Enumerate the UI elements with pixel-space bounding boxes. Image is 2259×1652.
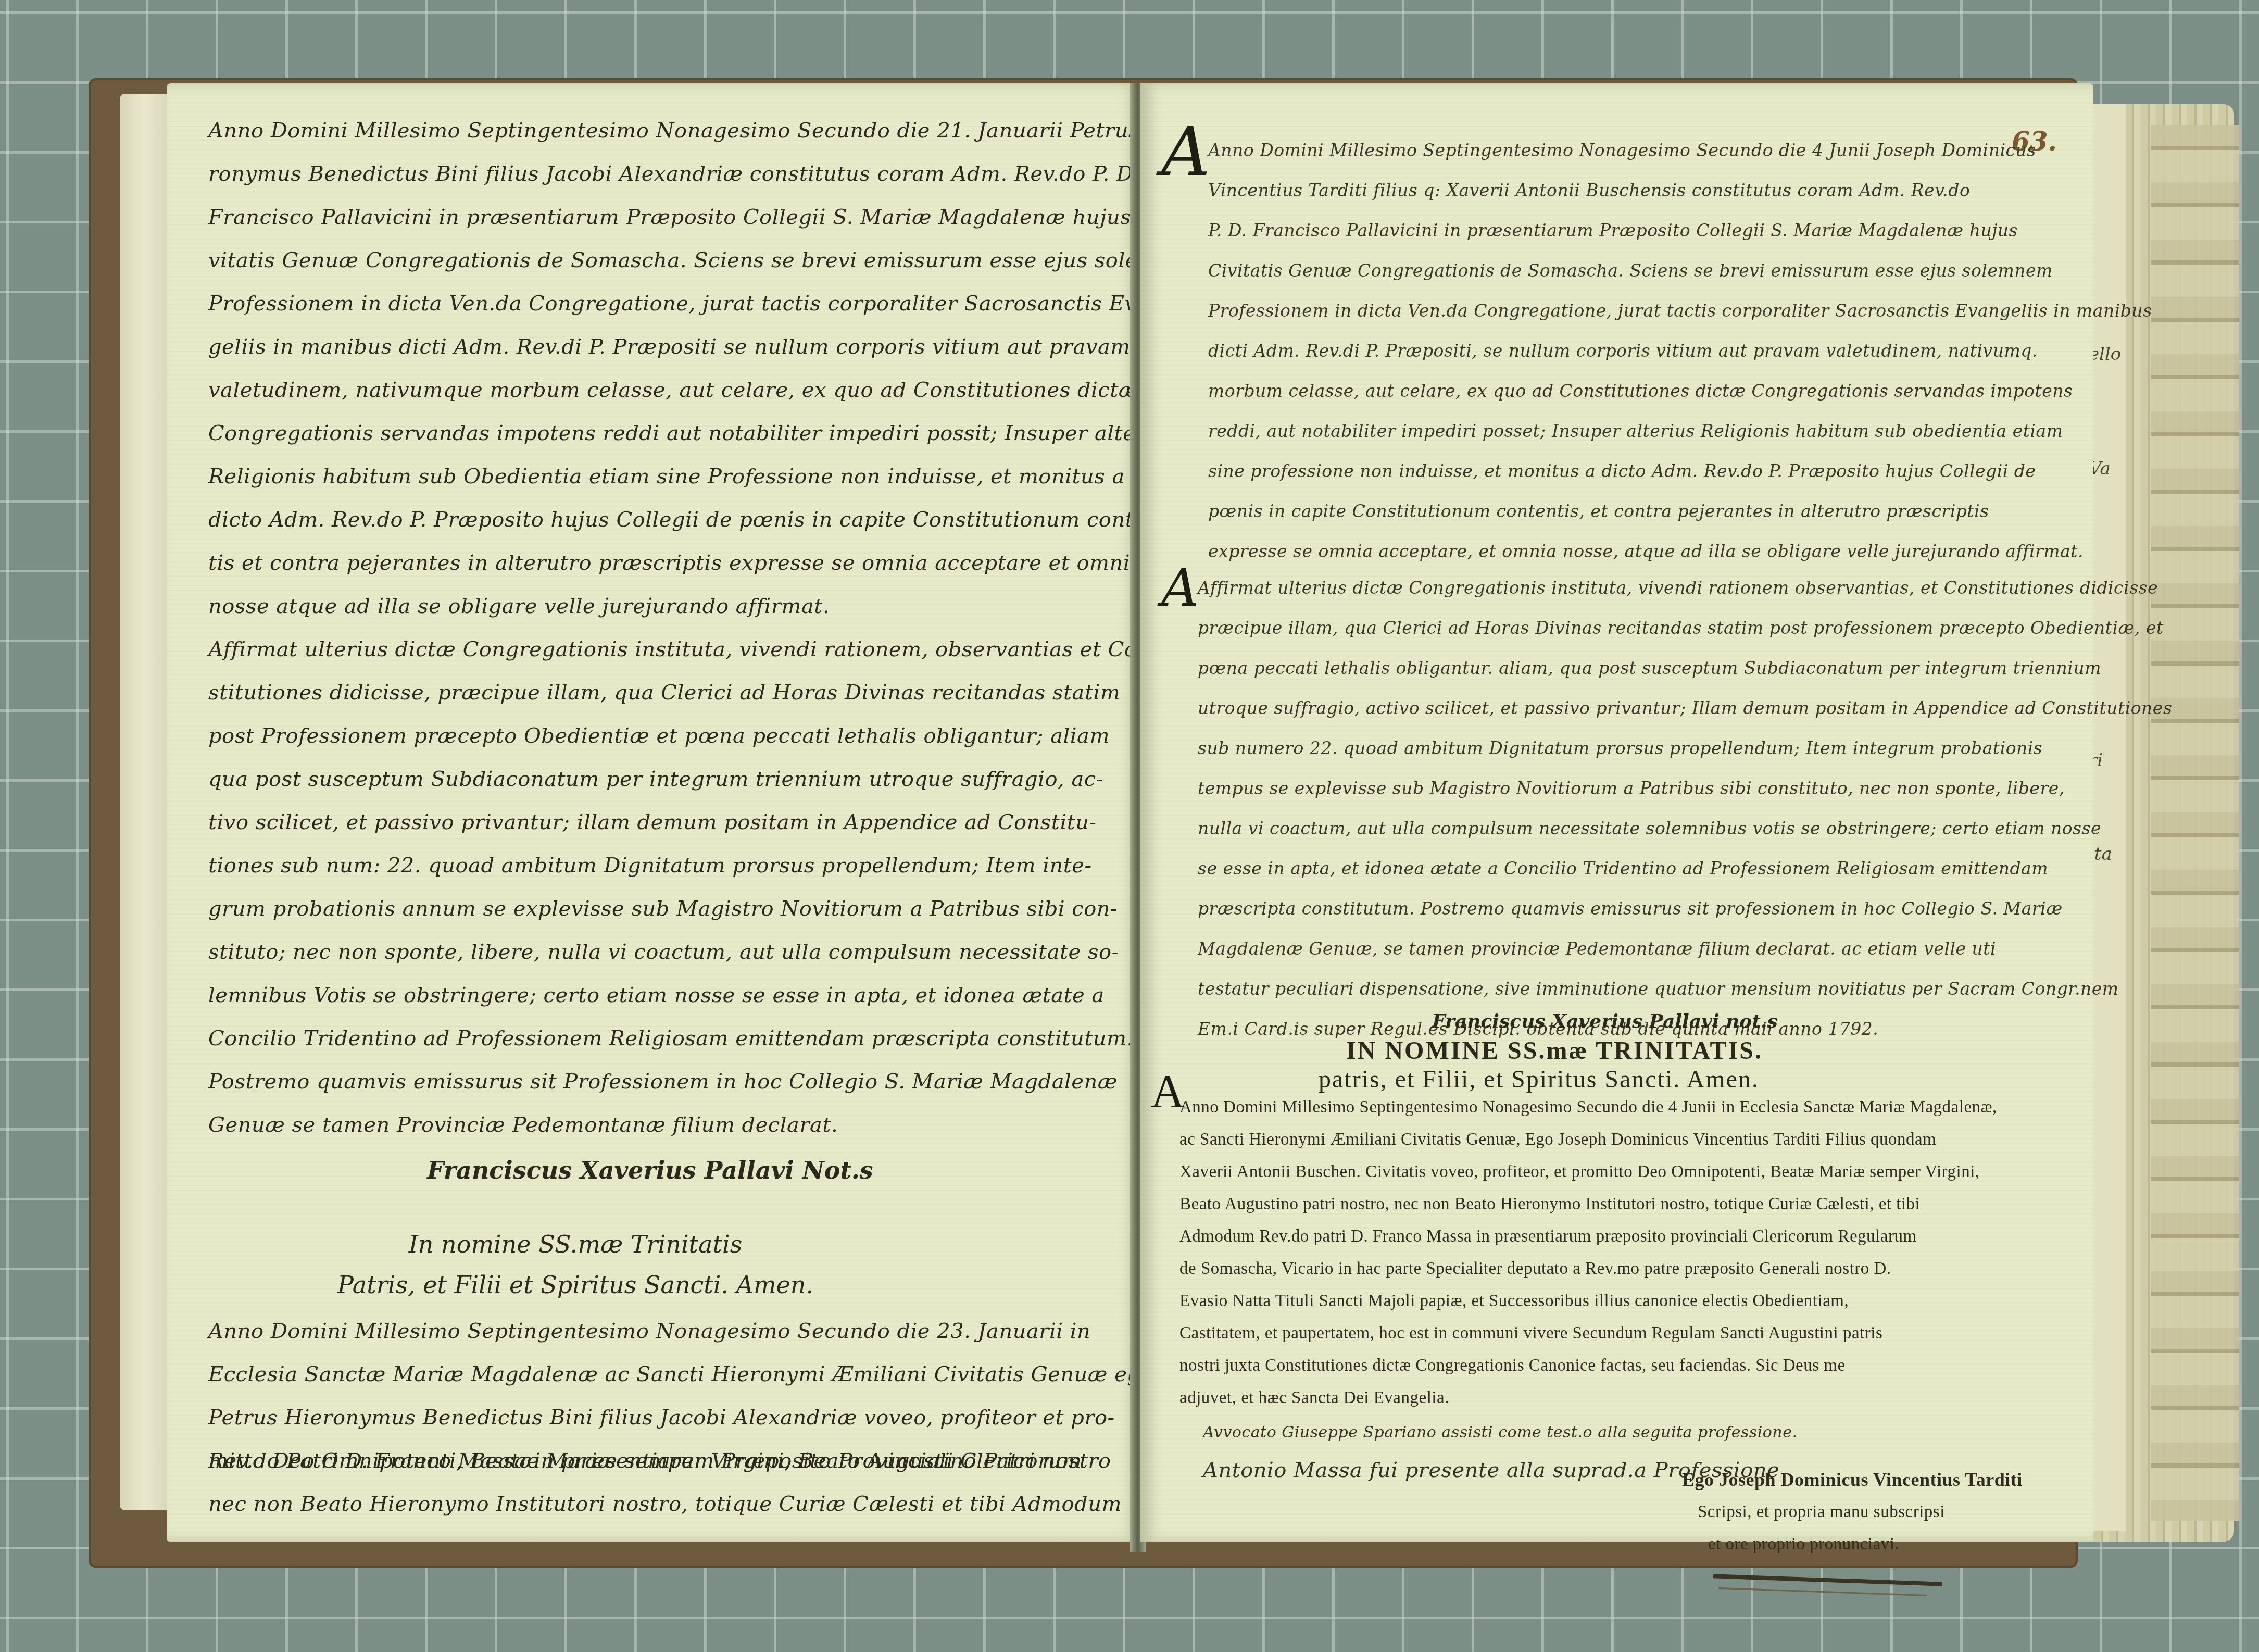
right-invocation-heading: IN NOMINE SS.mæ TRINITATIS. patris, et F… — [1140, 1036, 2093, 1094]
text-line: adjuvet, et hæc Sancta Dei Evangelia. — [1179, 1382, 1997, 1414]
heading-line: Patris, et Filii et Spiritus Sancti. Ame… — [167, 1265, 1140, 1305]
text-line: nosse atque ad illa se obligare velle ju… — [208, 585, 1204, 628]
text-line: Anno Domini Millesimo Septingentesimo No… — [208, 1310, 1153, 1353]
text-line: reddi, aut notabiliter impediri posset; … — [1208, 411, 2152, 451]
text-line: præcipue illam, qua Clerici ad Horas Div… — [1198, 608, 2172, 648]
text-line: Professionem in dicta Ven.da Congregatio… — [208, 282, 1204, 326]
text-line: Castitatem, et paupertatem, hoc est in c… — [1179, 1317, 1997, 1349]
signature-flourish-rule — [1718, 1587, 1927, 1596]
notary-signature: Franciscus Xaverius Pallavi not.s — [1432, 1010, 1778, 1032]
text-line: Admodum Rev.do patri D. Franco Massa in … — [1179, 1220, 1997, 1253]
text-line: tiones sub num: 22. quoad ambitum Dignit… — [208, 844, 1204, 887]
notary-signature: Franciscus Xaverius Pallavi Not.s — [427, 1156, 873, 1184]
left-entry-profession-tail: Rev.do Patri D. Franco Massa in præsenti… — [208, 1443, 1082, 1479]
heading-line: patris, et Filii, et Spiritus Sancti. Am… — [1140, 1065, 2093, 1094]
text-line: valetudinem, nativumque morbum celasse, … — [208, 369, 1204, 412]
right-entry-oath: Anno Domini Millesimo Septingentesimo No… — [1208, 130, 2152, 571]
witness-line: Avvocato Giuseppe Spariano assisti come … — [1203, 1414, 1797, 1451]
text-line: ac Sancti Hieronymi Æmiliani Civitatis G… — [1179, 1123, 1997, 1156]
text-line: Anno Domini Millesimo Septingentesimo No… — [1179, 1091, 1997, 1123]
left-invocation-heading: In nomine SS.mæ Trinitatis Patris, et Fi… — [167, 1224, 1140, 1305]
text-line: Anno Domini Millesimo Septingentesimo No… — [1208, 130, 2152, 170]
text-line: Religionis habitum sub Obedientia etiam … — [208, 455, 1204, 498]
text-line: sub numero 22. quoad ambitum Dignitatum … — [1198, 728, 2172, 768]
text-line: post Professionem præcepto Obedientiæ et… — [208, 715, 1204, 758]
signature-flourish-rule — [1713, 1574, 1942, 1586]
text-line: grum probationis annum se explevisse sub… — [208, 887, 1204, 931]
text-line: præscripta constitutum. Postremo quamvis… — [1198, 888, 2172, 929]
text-line: Magdalenæ Genuæ, se tamen provinciæ Pede… — [1198, 929, 2172, 969]
text-line: Francisco Pallavicini in præsentiarum Pr… — [208, 196, 1204, 239]
text-line: lemnibus Votis se obstringere; certo eti… — [208, 974, 1204, 1017]
text-line: nostri juxta Constitutiones dictæ Congre… — [1179, 1349, 1997, 1382]
text-line: Vincentius Tarditi filius q: Xaverii Ant… — [1208, 170, 2152, 210]
text-line: sine professione non induisse, et monitu… — [1208, 451, 2152, 491]
signature-line: Scripsi, et propria manu subscripsi — [1682, 1496, 2023, 1528]
text-line: testatur peculiari dispensatione, sive i… — [1198, 969, 2172, 1009]
text-line: dicto Adm. Rev.do P. Præposito hujus Col… — [208, 498, 1204, 542]
right-entry-profession: Anno Domini Millesimo Septingentesimo No… — [1179, 1091, 1997, 1414]
text-line: Xaverii Antonii Buschen. Civitatis voveo… — [1179, 1156, 1997, 1188]
text-line: Genuæ se tamen Provinciæ Pedemontanæ fil… — [208, 1104, 1204, 1147]
text-line: Affirmat ulterius dictæ Congregationis i… — [1198, 568, 2172, 608]
text-line: Beato Augustino patri nostro, nec non Be… — [1179, 1188, 1997, 1220]
drop-cap-a: A — [1161, 557, 1199, 618]
right-page: 63. A Anno Domini Millesimo Septingentes… — [1140, 83, 2093, 1542]
text-line: stitutiones didicisse, præcipue illam, q… — [208, 671, 1204, 715]
text-line: Postremo quamvis emissurus sit Professio… — [208, 1060, 1204, 1104]
text-line: se esse in apta, et idonea ætate a Conci… — [1198, 848, 2172, 888]
right-profession-signature: Ego Joseph Dominicus Vincentius Tarditi … — [1682, 1463, 2023, 1560]
text-line: tivo scilicet, et passivo privantur; ill… — [208, 801, 1204, 844]
drop-cap-a: A — [1161, 112, 1210, 191]
left-entry-oath: Anno Domini Millesimo Septingentesimo No… — [208, 109, 1204, 1147]
heading-line: In nomine SS.mæ Trinitatis — [167, 1224, 1140, 1265]
text-line: pœnis in capite Constitutionum contentis… — [1208, 491, 2152, 531]
text-line: Ecclesia Sanctæ Mariæ Magdalenæ ac Sanct… — [208, 1353, 1153, 1396]
text-line: nulla vi coactum, aut ulla compulsum nec… — [1198, 808, 2172, 848]
text-line: Evasio Natta Tituli Sancti Majoli papiæ,… — [1179, 1285, 1997, 1317]
text-line: qua post susceptum Subdiaconatum per int… — [208, 758, 1204, 801]
text-line: tis et contra pejerantes in alterutro pr… — [208, 542, 1204, 585]
signature-line: Ego Joseph Dominicus Vincentius Tarditi — [1682, 1463, 2023, 1496]
text-line: Professionem in dicta Ven.da Congregatio… — [1208, 291, 2152, 331]
text-line: Civitatis Genuæ Congregationis de Somasc… — [1208, 251, 2152, 291]
heading-line: IN NOMINE SS.mæ TRINITATIS. — [1140, 1036, 2093, 1065]
text-line: Congregationis servandas impotens reddi … — [208, 412, 1204, 455]
text-line: morbum celasse, aut celare, ex quo ad Co… — [1208, 371, 2152, 411]
text-line: expresse se omnia acceptare, et omnia no… — [1208, 531, 2152, 571]
text-line: P. D. Francisco Pallavicini in præsentia… — [1208, 210, 2152, 251]
signature-line: et ore proprio pronunciavi. — [1682, 1528, 2023, 1560]
text-line: Concilio Tridentino ad Professionem Reli… — [208, 1017, 1204, 1060]
text-line: tempus se explevisse sub Magistro Noviti… — [1198, 768, 2172, 808]
text-line: utroque suffragio, activo scilicet, et p… — [1198, 688, 2172, 728]
text-line: dicti Adm. Rev.di P. Præpositi, se nullu… — [1208, 331, 2152, 371]
text-line: stituto; nec non sponte, libere, nulla v… — [208, 931, 1204, 974]
text-line: Affirmat ulterius dictæ Congregationis i… — [208, 628, 1204, 671]
text-line: Rev.do Patri D. Franco Massa in præsenti… — [208, 1443, 1082, 1479]
text-line: de Somascha, Vicario in hac parte Specia… — [1179, 1253, 1997, 1285]
text-line: pœna peccati lethalis obligantur. aliam,… — [1198, 648, 2172, 688]
text-line: nec non Beato Hieronymo Institutori nost… — [208, 1483, 1153, 1526]
text-line: Petrus Hieronymus Benedictus Bini filius… — [208, 1396, 1153, 1440]
left-entry-profession: Anno Domini Millesimo Septingentesimo No… — [208, 1310, 1153, 1526]
text-line: Anno Domini Millesimo Septingentesimo No… — [208, 109, 1204, 153]
left-page: Anno Domini Millesimo Septingentesimo No… — [167, 83, 1140, 1542]
right-entry-affirmation: Affirmat ulterius dictæ Congregationis i… — [1198, 568, 2172, 1049]
text-line: ronymus Benedictus Bini filius Jacobi Al… — [208, 153, 1204, 196]
text-line: geliis in manibus dicti Adm. Rev.di P. P… — [208, 326, 1204, 369]
text-line: vitatis Genuæ Congregationis de Somascha… — [208, 239, 1204, 282]
